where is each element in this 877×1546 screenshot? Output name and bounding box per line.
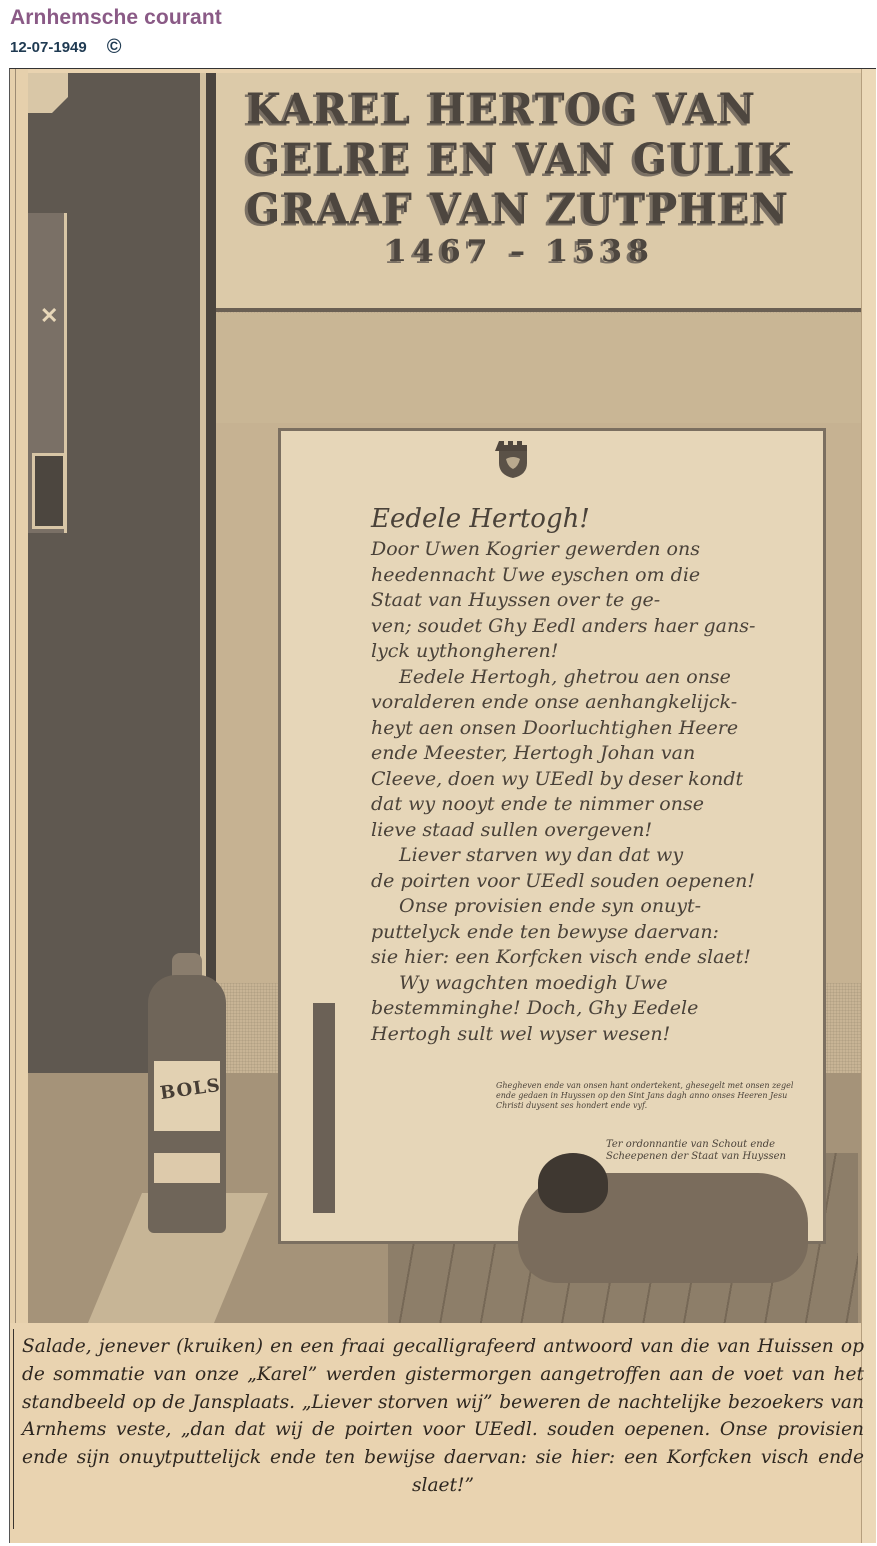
publication-date: 12-07-1949 [10,39,87,56]
left-margin [10,69,28,1323]
castle-crest-icon [495,439,531,479]
building-window [32,453,66,529]
inscription-years: 1467 – 1538 [246,235,846,269]
letter-line: lieve staad sullen overgeven! [371,818,811,844]
letter-line: puttelyck ende ten bewyse daervan: [371,920,811,946]
letter-greeting: Eedele Hertogh! [371,501,811,537]
board-stand-leg [313,1003,335,1213]
bottle-brand: BOLS [159,1075,222,1104]
letter-line: Wy wagchten moedigh Uwe [371,971,811,997]
letter-line: heyt aen onsen Doorluchtighen Heere [371,716,811,742]
letter-line: Staat van Huyssen over te ge- [371,588,811,614]
letter-line: sie hier: een Korfcken visch ende slaet! [371,945,811,971]
letter-line: de poirten voor UEedl souden oepenen! [371,869,811,895]
letter-line: Cleeve, doen wy UEedl by deser kondt [371,767,811,793]
letter-line: ende Meester, Hertogh Johan van [371,741,811,767]
building-ornament [28,73,68,113]
letter-line: Liever starven wy dan dat wy [371,843,811,869]
letter-line: lyck uythongheren! [371,639,811,665]
monument-plinth [216,313,862,426]
signatory-title: Ter ordonnantie van Schout ende Scheepen… [606,1139,816,1163]
letter-small-print: Ghegheven ende van onsen hant onderteken… [496,1081,806,1111]
basket-lid [538,1153,608,1213]
caption-rule [13,1329,14,1529]
building-facade: ✕ [28,73,200,1073]
letter-line: Onse provisien ende syn onuyt- [371,894,811,920]
handwritten-letter: Eedele Hertogh! Door Uwen Kogrier gewerd… [371,501,811,1047]
news-photo: ✕ KAREL HERTOG VAN GELRE EN VAN GULIK GR… [28,73,862,1323]
monument-inscription: KAREL HERTOG VAN GELRE EN VAN GULIK GRAA… [246,85,846,269]
photo-caption: Salade, jenever (kruiken) en een fraai g… [22,1333,864,1500]
cross-ornament-icon: ✕ [40,303,58,329]
monument-pedestal: KAREL HERTOG VAN GELRE EN VAN GULIK GRAA… [216,73,862,312]
inscription-line-1: KAREL HERTOG VAN [246,84,846,137]
letter-line: ven; soudet Ghy Eedl anders haer gans- [371,614,811,640]
letter-line: Eedele Hertogh, ghetrou aen onse [371,665,811,691]
inscription-line-2: GELRE EN VAN GULIK [246,134,846,187]
bottle-band [154,1153,220,1183]
copyright-icon[interactable]: © [107,37,122,57]
letter-line: dat wy nooyt ende te nimmer onse [371,792,811,818]
letter-line: Hertogh sult wel wyser wesen! [371,1022,811,1048]
letter-line: bestemminghe! Doch, Ghy Eedele [371,996,811,1022]
letter-line: voralderen ende onse aenhangkelijck- [371,690,811,716]
jenever-bottle: BOLS [148,953,228,1233]
letter-line: heedennacht Uwe eyschen om die [371,563,811,589]
newspaper-clipping: ✕ KAREL HERTOG VAN GELRE EN VAN GULIK GR… [9,68,876,1543]
right-margin [861,69,876,1543]
letter-line: Door Uwen Kogrier gewerden ons [371,537,811,563]
lamp-post [206,73,216,1073]
newspaper-title: Arnhemsche courant [10,6,222,30]
calligraphy-board: Eedele Hertogh! Door Uwen Kogrier gewerd… [278,428,826,1244]
bottle-label: BOLS [154,1061,220,1131]
inscription-line-3: GRAAF VAN ZUTPHEN [246,184,846,237]
article-meta: 12-07-1949 © [10,37,121,57]
